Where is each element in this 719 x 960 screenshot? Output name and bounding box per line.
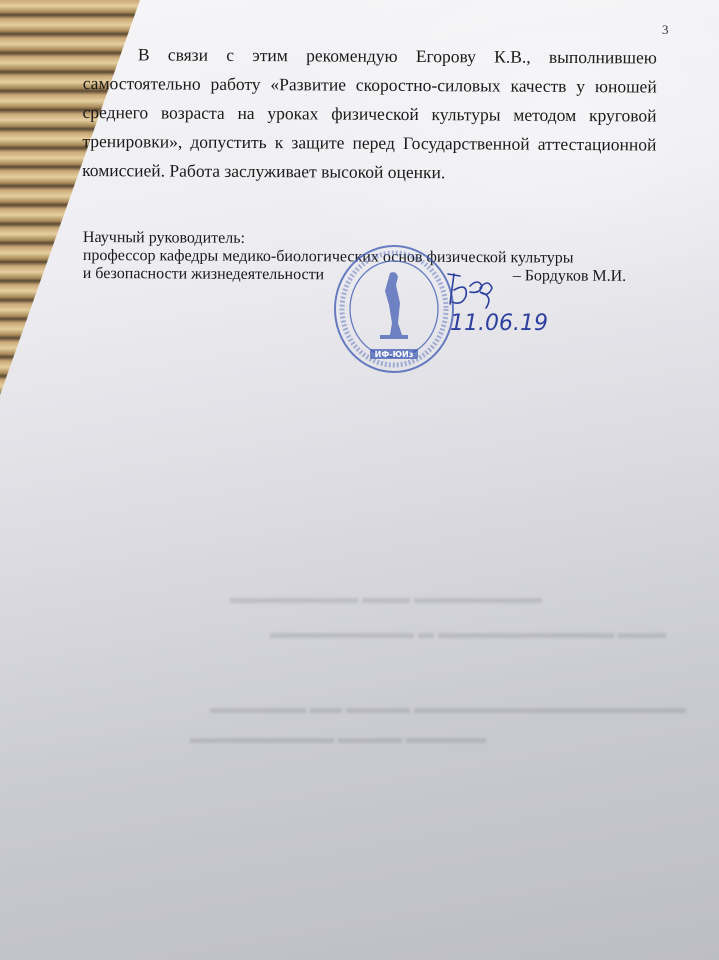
paragraph-text: В связи с этим рекомендую Егорову К.В., … bbox=[82, 40, 657, 189]
show-through-text: ▬▬▬▬▬▬▬▬ ▬▬▬ ▬▬▬▬▬▬▬▬ bbox=[230, 590, 542, 608]
recommendation-paragraph: В связи с этим рекомендую Егорову К.В., … bbox=[82, 40, 657, 189]
show-through-text: ▬▬▬▬▬▬▬▬▬ ▬ ▬▬▬▬▬▬▬▬▬▬▬ ▬▬▬ bbox=[270, 625, 666, 643]
page-number: 3 bbox=[662, 22, 669, 38]
svg-text:ИФ-ЮИз: ИФ-ЮИз bbox=[375, 350, 414, 359]
show-through-text: ▬▬▬▬▬▬ ▬▬ ▬▬▬▬ ▬▬▬▬▬▬▬▬▬▬▬▬▬▬▬▬▬ bbox=[210, 700, 686, 718]
show-through-text: ▬▬▬▬▬▬▬▬▬ ▬▬▬▬ ▬▬▬▬▬ bbox=[190, 730, 486, 748]
official-stamp-icon: ИФ-ЮИз bbox=[332, 243, 456, 375]
handwritten-date: 11.06.19 bbox=[450, 311, 548, 336]
handwritten-signature-and-date: 11.06.19 bbox=[440, 268, 550, 338]
